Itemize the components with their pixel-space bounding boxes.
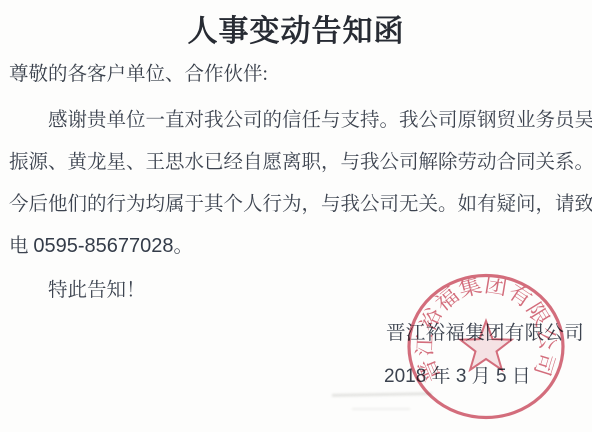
document-title: 人事变动告知函 (0, 6, 592, 50)
salutation-line: 尊敬的各客户单位、合作伙伴: (9, 58, 268, 86)
body-line-4: 电 0595-85677028。 (9, 230, 193, 258)
body-line-3: 今后他们的行为均属于其个人行为，与我公司无关。如有疑问，请致 (9, 188, 592, 216)
seal-star-icon (460, 321, 511, 370)
body-line-1: 感谢贵单位一直对我公司的信任与支持。我公司原钢贸业务员吴 (48, 104, 592, 132)
phone-suffix: 。 (174, 236, 194, 257)
phone-prefix: 电 (9, 236, 33, 257)
phone-number: 0595-85677028 (33, 235, 173, 257)
seal-group: 晋江裕福集团有限公司 (409, 273, 563, 418)
company-seal-stamp: 晋江裕福集团有限公司 (400, 268, 576, 428)
closing-line: 特此告知！ (48, 274, 146, 302)
body-line-2: 振源、黄龙星、王思水已经自愿离职，与我公司解除劳动合同关系。 (9, 146, 592, 174)
notification-letter-page: 人事变动告知函 尊敬的各客户单位、合作伙伴: 感谢贵单位一直对我公司的信任与支持… (0, 0, 592, 432)
